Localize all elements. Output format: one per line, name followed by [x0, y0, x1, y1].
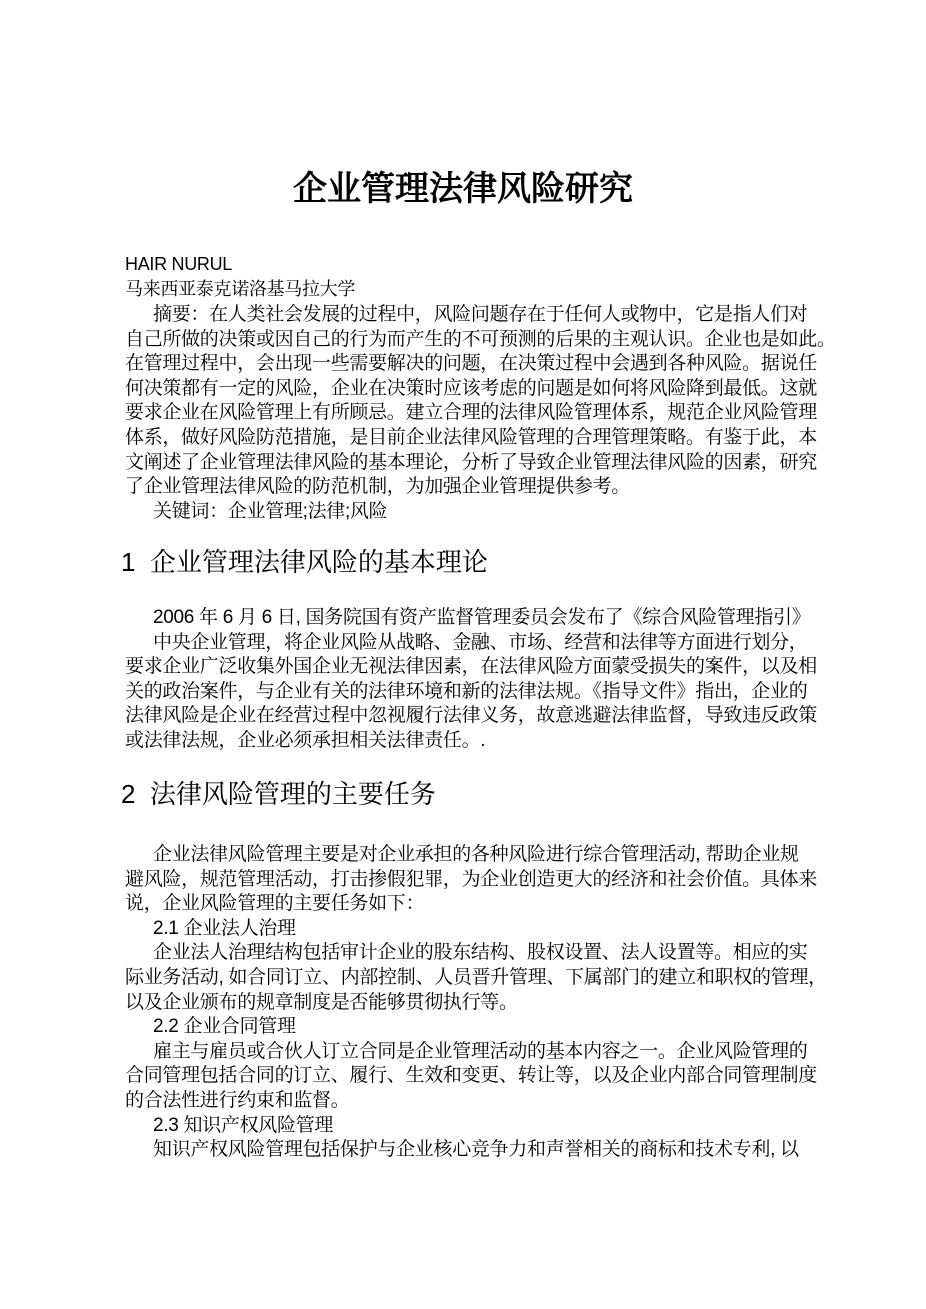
- paragraph: 中央企业管理，将企业风险从战略、金融、市场、经营和法律等方面进行划分，要求企业广…: [125, 631, 825, 754]
- document-page: 企业管理法律风险研究 HAIR NURUL 马来西亚泰克诺洛基马拉大学 摘要：在…: [0, 0, 926, 1309]
- subsection-heading-2-3: 2.3 知识产权风险管理: [125, 1114, 825, 1139]
- subsection-heading-2-2: 2.2 企业合同管理: [125, 1015, 825, 1040]
- text-line: 2.2 企业合同管理: [125, 1015, 825, 1040]
- text-line: 2.3 知识产权风险管理: [125, 1114, 825, 1139]
- text-line: 的合法性进行约束和监督。: [125, 1089, 825, 1114]
- text-line: 雇主与雇员或合伙人订立合同是企业管理活动的基本内容之一。企业风险管理的: [125, 1040, 825, 1065]
- paragraph: 雇主与雇员或合伙人订立合同是企业管理活动的基本内容之一。企业风险管理的合同管理包…: [125, 1040, 825, 1114]
- paragraph: 企业法人治理结构包括审计企业的股东结构、股权设置、法人设置等。相应的实际业务活动…: [125, 941, 825, 1015]
- section-2-heading: 2 法律风险管理的主要任务: [121, 776, 825, 812]
- document-title: 企业管理法律风险研究: [113, 166, 813, 212]
- text-line: 合同管理包括合同的订立、履行、生效和变更、转让等，以及企业内部合同管理制度: [125, 1064, 825, 1089]
- text-line: 关的政治案件，与企业有关的法律环境和新的法律法规。《指导文件》指出，企业的: [125, 680, 825, 705]
- author-name: HAIR NURUL: [125, 252, 825, 277]
- text-line: 以及企业颁布的规章制度是否能够贯彻执行等。: [125, 991, 825, 1016]
- text-line: 关键词：企业管理;法律;风险: [125, 500, 825, 525]
- text-line: 企业法律风险管理主要是对企业承担的各种风险进行综合管理活动, 帮助企业规: [125, 843, 825, 868]
- section-1-body: 2006 年 6 月 6 日, 国务院国有资产监督管理委员会发布了《综合风险管理…: [125, 606, 825, 754]
- paragraph: 2006 年 6 月 6 日, 国务院国有资产监督管理委员会发布了《综合风险管理…: [125, 606, 825, 631]
- text-line: 说，企业风险管理的主要任务如下：: [125, 892, 825, 917]
- keywords-line: 关键词：企业管理;法律;风险: [125, 500, 825, 525]
- paragraph: 知识产权风险管理包括保护与企业核心竞争力和声誉相关的商标和技术专利, 以: [125, 1138, 825, 1163]
- text-line: 文阐述了企业管理法律风险的基本理论，分析了导致企业管理法律风险的因素，研究: [125, 451, 825, 476]
- text-line: 法律风险是企业在经营过程中忽视履行法律义务，故意逃避法律监督，导致违反政策: [125, 704, 825, 729]
- text-line: 2006 年 6 月 6 日, 国务院国有资产监督管理委员会发布了《综合风险管理…: [125, 606, 825, 631]
- text-line: 摘要：在人类社会发展的过程中，风险问题存在于任何人或物中，它是指人们对: [125, 303, 825, 328]
- text-line: 何决策都有一定的风险，企业在决策时应该考虑的问题是如何将风险降到最低。这就: [125, 377, 825, 402]
- section-2-body: 企业法律风险管理主要是对企业承担的各种风险进行综合管理活动, 帮助企业规避风险，…: [125, 843, 825, 1163]
- text-line: 要求企业广泛收集外国企业无视法律因素，在法律风险方面蒙受损失的案件，以及相: [125, 655, 825, 680]
- text-line: 了企业管理法律风险的防范机制，为加强企业管理提供参考。: [125, 475, 825, 500]
- author-affiliation: 马来西亚泰克诺洛基马拉大学: [125, 277, 825, 302]
- paragraph: 企业法律风险管理主要是对企业承担的各种风险进行综合管理活动, 帮助企业规避风险，…: [125, 843, 825, 917]
- text-line: 企业法人治理结构包括审计企业的股东结构、股权设置、法人设置等。相应的实: [125, 941, 825, 966]
- text-line: 知识产权风险管理包括保护与企业核心竞争力和声誉相关的商标和技术专利, 以: [125, 1138, 825, 1163]
- abstract-paragraph: 摘要：在人类社会发展的过程中，风险问题存在于任何人或物中，它是指人们对自己所做的…: [125, 303, 825, 500]
- text-line: 中央企业管理，将企业风险从战略、金融、市场、经营和法律等方面进行划分，: [125, 631, 825, 656]
- text-line: 际业务活动, 如合同订立、内部控制、人员晋升管理、下属部门的建立和职权的管理，: [125, 966, 825, 991]
- text-line: 2.1 企业法人治理: [125, 917, 825, 942]
- text-line: 避风险，规范管理活动，打击掺假犯罪，为企业创造更大的经济和社会价值。具体来: [125, 868, 825, 893]
- text-line: 体系，做好风险防范措施，是目前企业法律风险管理的合理管理策略。有鉴于此，本: [125, 426, 825, 451]
- author-block: HAIR NURUL 马来西亚泰克诺洛基马拉大学: [125, 252, 825, 301]
- subsection-heading-2-1: 2.1 企业法人治理: [125, 917, 825, 942]
- text-line: 自己所做的决策或因自己的行为而产生的不可预测的后果的主观认识。企业也是如此。: [125, 328, 825, 353]
- text-line: 要求企业在风险管理上有所顾忌。建立合理的法律风险管理体系，规范企业风险管理: [125, 401, 825, 426]
- text-line: 或法律法规，企业必须承担相关法律责任。.: [125, 729, 825, 754]
- text-line: 在管理过程中，会出现一些需要解决的问题，在决策过程中会遇到各种风险。据说任: [125, 352, 825, 377]
- section-1-heading: 1 企业管理法律风险的基本理论: [121, 544, 825, 580]
